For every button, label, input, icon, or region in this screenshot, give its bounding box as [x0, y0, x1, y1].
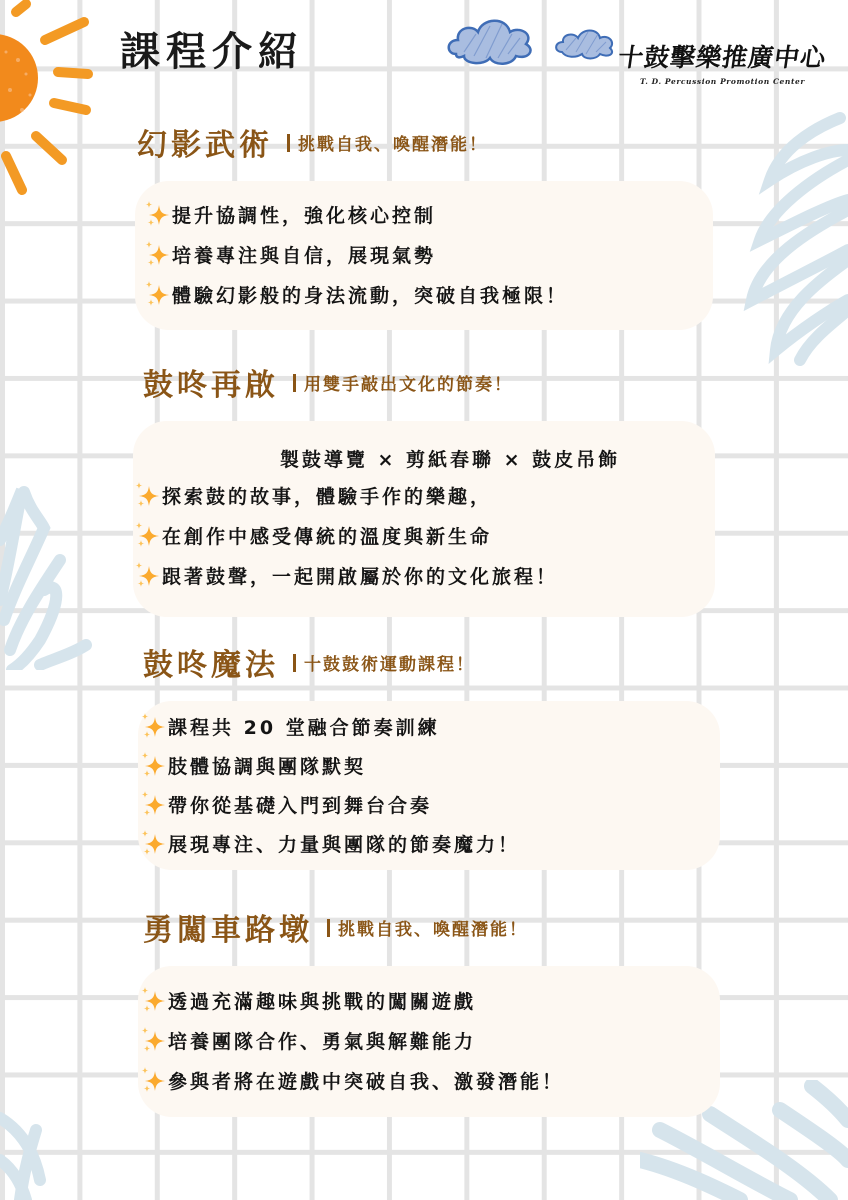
item-text: 課程共 20 堂融合節奏訓練 [168, 713, 440, 740]
section-tagline: 用雙手敲出文化的節奏！ [293, 370, 513, 395]
list-item: 課程共 20 堂融合節奏訓練 [140, 712, 440, 740]
tagline-text: 用雙手敲出文化的節奏！ [304, 375, 513, 395]
item-text: 培養團隊合作、勇氣與解難能力 [168, 1027, 476, 1054]
item-text: 展現專注、力量與團隊的節奏魔力！ [168, 830, 520, 857]
sparkles-icon [140, 751, 166, 779]
cloud-icon [554, 24, 616, 60]
divider-bar [293, 654, 296, 672]
item-text: 體驗幻影般的身法流動，突破自我極限！ [172, 281, 568, 308]
tagline-text: 挑戰自我、喚醒潛能！ [338, 920, 528, 940]
brand-logo: 十鼓擊樂推廣中心 T. D. Percussion Promotion Cent… [615, 38, 830, 86]
section-title: 幻影武術 [137, 120, 273, 164]
list-item: 透過充滿趣味與挑戰的闖關遊戲 [140, 986, 476, 1014]
section-tagline: 挑戰自我、喚醒潛能！ [287, 130, 488, 155]
sparkles-icon [140, 829, 166, 857]
list-item: 在創作中感受傳統的溫度與新生命 [134, 521, 492, 549]
list-item: 探索鼓的故事，體驗手作的樂趣， [134, 481, 492, 509]
cloud-icon [444, 12, 536, 66]
item-text: 在創作中感受傳統的溫度與新生命 [162, 522, 492, 549]
list-item: 培養團隊合作、勇氣與解難能力 [140, 1026, 476, 1054]
section-heading: 鼓咚魔法 十鼓鼓術運動課程！ [143, 640, 475, 684]
section-heading: 幻影武術 挑戰自我、喚醒潛能！ [137, 120, 488, 164]
divider-bar [327, 919, 330, 937]
sparkles-icon [140, 790, 166, 818]
sun-icon [0, 0, 100, 200]
list-item: 體驗幻影般的身法流動，突破自我極限！ [144, 280, 568, 308]
subtitle-text: 製鼓導覽 × 剪紙春聯 × 鼓皮吊飾 [280, 445, 620, 472]
tagline-text: 十鼓鼓術運動課程！ [304, 655, 475, 675]
list-item: 展現專注、力量與團隊的節奏魔力！ [140, 829, 520, 857]
sparkles-icon [144, 200, 170, 228]
item-text: 帶你從基礎入門到舞台合奏 [168, 791, 432, 818]
sparkles-icon [134, 521, 160, 549]
item-text: 參與者將在遊戲中突破自我、激發潛能！ [168, 1067, 564, 1094]
section-title: 鼓咚再啟 [143, 360, 279, 404]
list-item: 提升協調性，強化核心控制 [144, 200, 436, 228]
item-text: 探索鼓的故事，體驗手作的樂趣， [162, 482, 492, 509]
section-tagline: 十鼓鼓術運動課程！ [293, 650, 475, 675]
item-text: 培養專注與自信，展現氣勢 [172, 241, 436, 268]
section-title: 鼓咚魔法 [143, 640, 279, 684]
page-title: 課程介紹 [120, 20, 304, 77]
list-item: 肢體協調與團隊默契 [140, 751, 366, 779]
section-title: 勇闖車路墩 [143, 905, 313, 949]
sparkles-icon [140, 1026, 166, 1054]
logo-name-en: T. D. Percussion Promotion Center [615, 77, 830, 86]
item-text: 提升協調性，強化核心控制 [172, 201, 436, 228]
list-item: 帶你從基礎入門到舞台合奏 [140, 790, 432, 818]
sparkles-icon [140, 986, 166, 1014]
course-card: 透過充滿趣味與挑戰的闖關遊戲 培養團隊合作、勇氣與解難能力 參與者將在遊戲中突破… [138, 966, 720, 1117]
list-item: 跟著鼓聲，一起開啟屬於你的文化旅程！ [134, 561, 558, 589]
course-card: 提升協調性，強化核心控制 培養專注與自信，展現氣勢 體驗幻影般的身法流動，突破自… [135, 181, 713, 330]
sparkles-icon [144, 280, 170, 308]
scribble-icon [0, 1100, 70, 1200]
course-subtitle: 製鼓導覽 × 剪紙春聯 × 鼓皮吊飾 [133, 445, 715, 472]
scribble-icon [740, 110, 848, 370]
course-card: 課程共 20 堂融合節奏訓練 肢體協調與團隊默契 帶你從基礎入門到舞台合奏 展現… [138, 701, 720, 870]
section-heading: 鼓咚再啟 用雙手敲出文化的節奏！ [143, 360, 513, 404]
item-text: 跟著鼓聲，一起開啟屬於你的文化旅程！ [162, 562, 558, 589]
scribble-icon [0, 480, 92, 670]
sparkles-icon [140, 712, 166, 740]
item-text: 透過充滿趣味與挑戰的闖關遊戲 [168, 987, 476, 1014]
sparkles-icon [144, 240, 170, 268]
tagline-text: 挑戰自我、喚醒潛能！ [298, 135, 488, 155]
list-item: 培養專注與自信，展現氣勢 [144, 240, 436, 268]
divider-bar [293, 374, 296, 392]
sparkles-icon [134, 561, 160, 589]
sparkles-icon [134, 481, 160, 509]
item-text: 肢體協調與團隊默契 [168, 752, 366, 779]
divider-bar [287, 134, 290, 152]
section-tagline: 挑戰自我、喚醒潛能！ [327, 915, 528, 940]
course-card: 製鼓導覽 × 剪紙春聯 × 鼓皮吊飾 探索鼓的故事，體驗手作的樂趣， 在創作中感… [133, 421, 715, 617]
sparkles-icon [140, 1066, 166, 1094]
list-item: 參與者將在遊戲中突破自我、激發潛能！ [140, 1066, 564, 1094]
logo-name-cn: 十鼓擊樂推廣中心 [612, 38, 832, 74]
section-heading: 勇闖車路墩 挑戰自我、喚醒潛能！ [143, 905, 528, 949]
